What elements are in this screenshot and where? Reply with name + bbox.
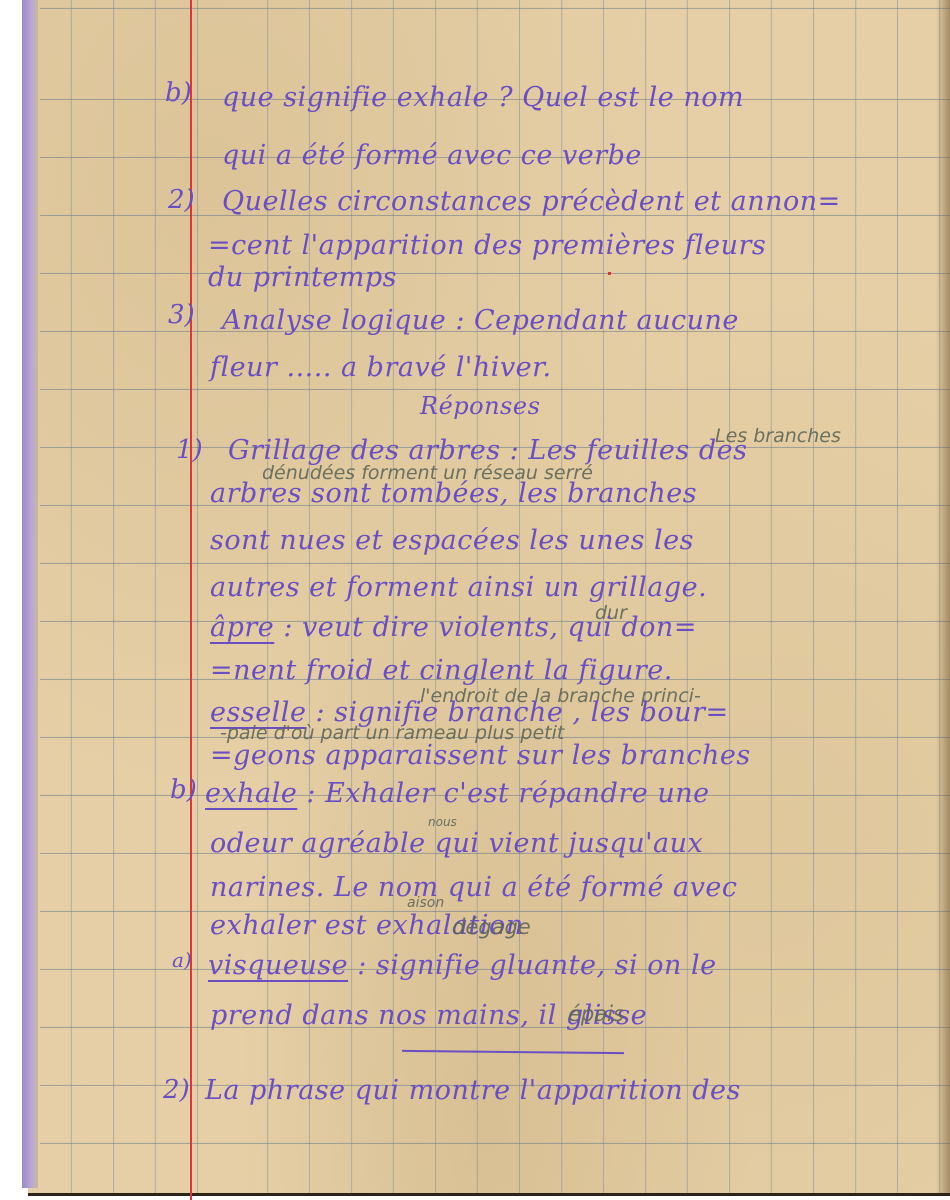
answers-heading: Réponses [420, 392, 540, 420]
term-exhale: exhale [205, 778, 297, 809]
question-line: que signifie exhale ? Quel est le nom [222, 82, 744, 113]
answer-line: =geons apparaissent sur les branches [210, 740, 751, 771]
answer-number: 2) [163, 1075, 190, 1105]
pencil-correction: aison [407, 895, 444, 911]
answer-line: sont nues et espacées les unes les [210, 525, 694, 556]
answer-line: arbres sont tombées, les branches [210, 478, 697, 509]
question-line: du printemps [208, 262, 397, 293]
term-apre: âpre [210, 612, 274, 643]
question-line: fleur ..... a bravé l'hiver. [210, 352, 552, 383]
answer-line: narines. Le nom qui a été formé avec [210, 872, 737, 903]
answer-number: a) [172, 948, 192, 972]
answer-line: autres et forment ainsi un grillage. [210, 572, 707, 603]
handwritten-text: b) que signifie exhale ? Quel est le nom… [0, 0, 950, 1200]
pencil-correction: nous [428, 815, 457, 829]
question-line: =cent l'apparition des premières fleurs [208, 230, 766, 261]
answer-line: =nent froid et cinglent la figure. [210, 655, 673, 686]
answer-line: âpre : veut dire violents, qui don= [210, 612, 697, 643]
question-line: Analyse logique : Cependant aucune [222, 305, 739, 336]
answer-line: visqueuse : signifie gluante, si on le [208, 950, 717, 981]
term-visqueuse: visqueuse [208, 950, 348, 981]
pencil-correction: épais [568, 1002, 624, 1026]
question-line: Quelles circonstances précèdent et annon… [222, 186, 841, 217]
answer-line: exhale : Exhaler c'est répandre une [205, 778, 710, 809]
pencil-correction: dégage [452, 915, 531, 939]
question-number: 2) [168, 185, 195, 215]
question-number: 3) [168, 300, 195, 330]
question-number: b) [165, 78, 192, 108]
answer-number: 1) [176, 435, 203, 465]
answer-line: La phrase qui montre l'apparition des [205, 1075, 741, 1106]
answer-line: odeur agréable qui vient jusqu'aux [210, 828, 703, 859]
question-line: qui a été formé avec ce verbe [222, 140, 642, 171]
answer-number: b) [170, 775, 197, 805]
